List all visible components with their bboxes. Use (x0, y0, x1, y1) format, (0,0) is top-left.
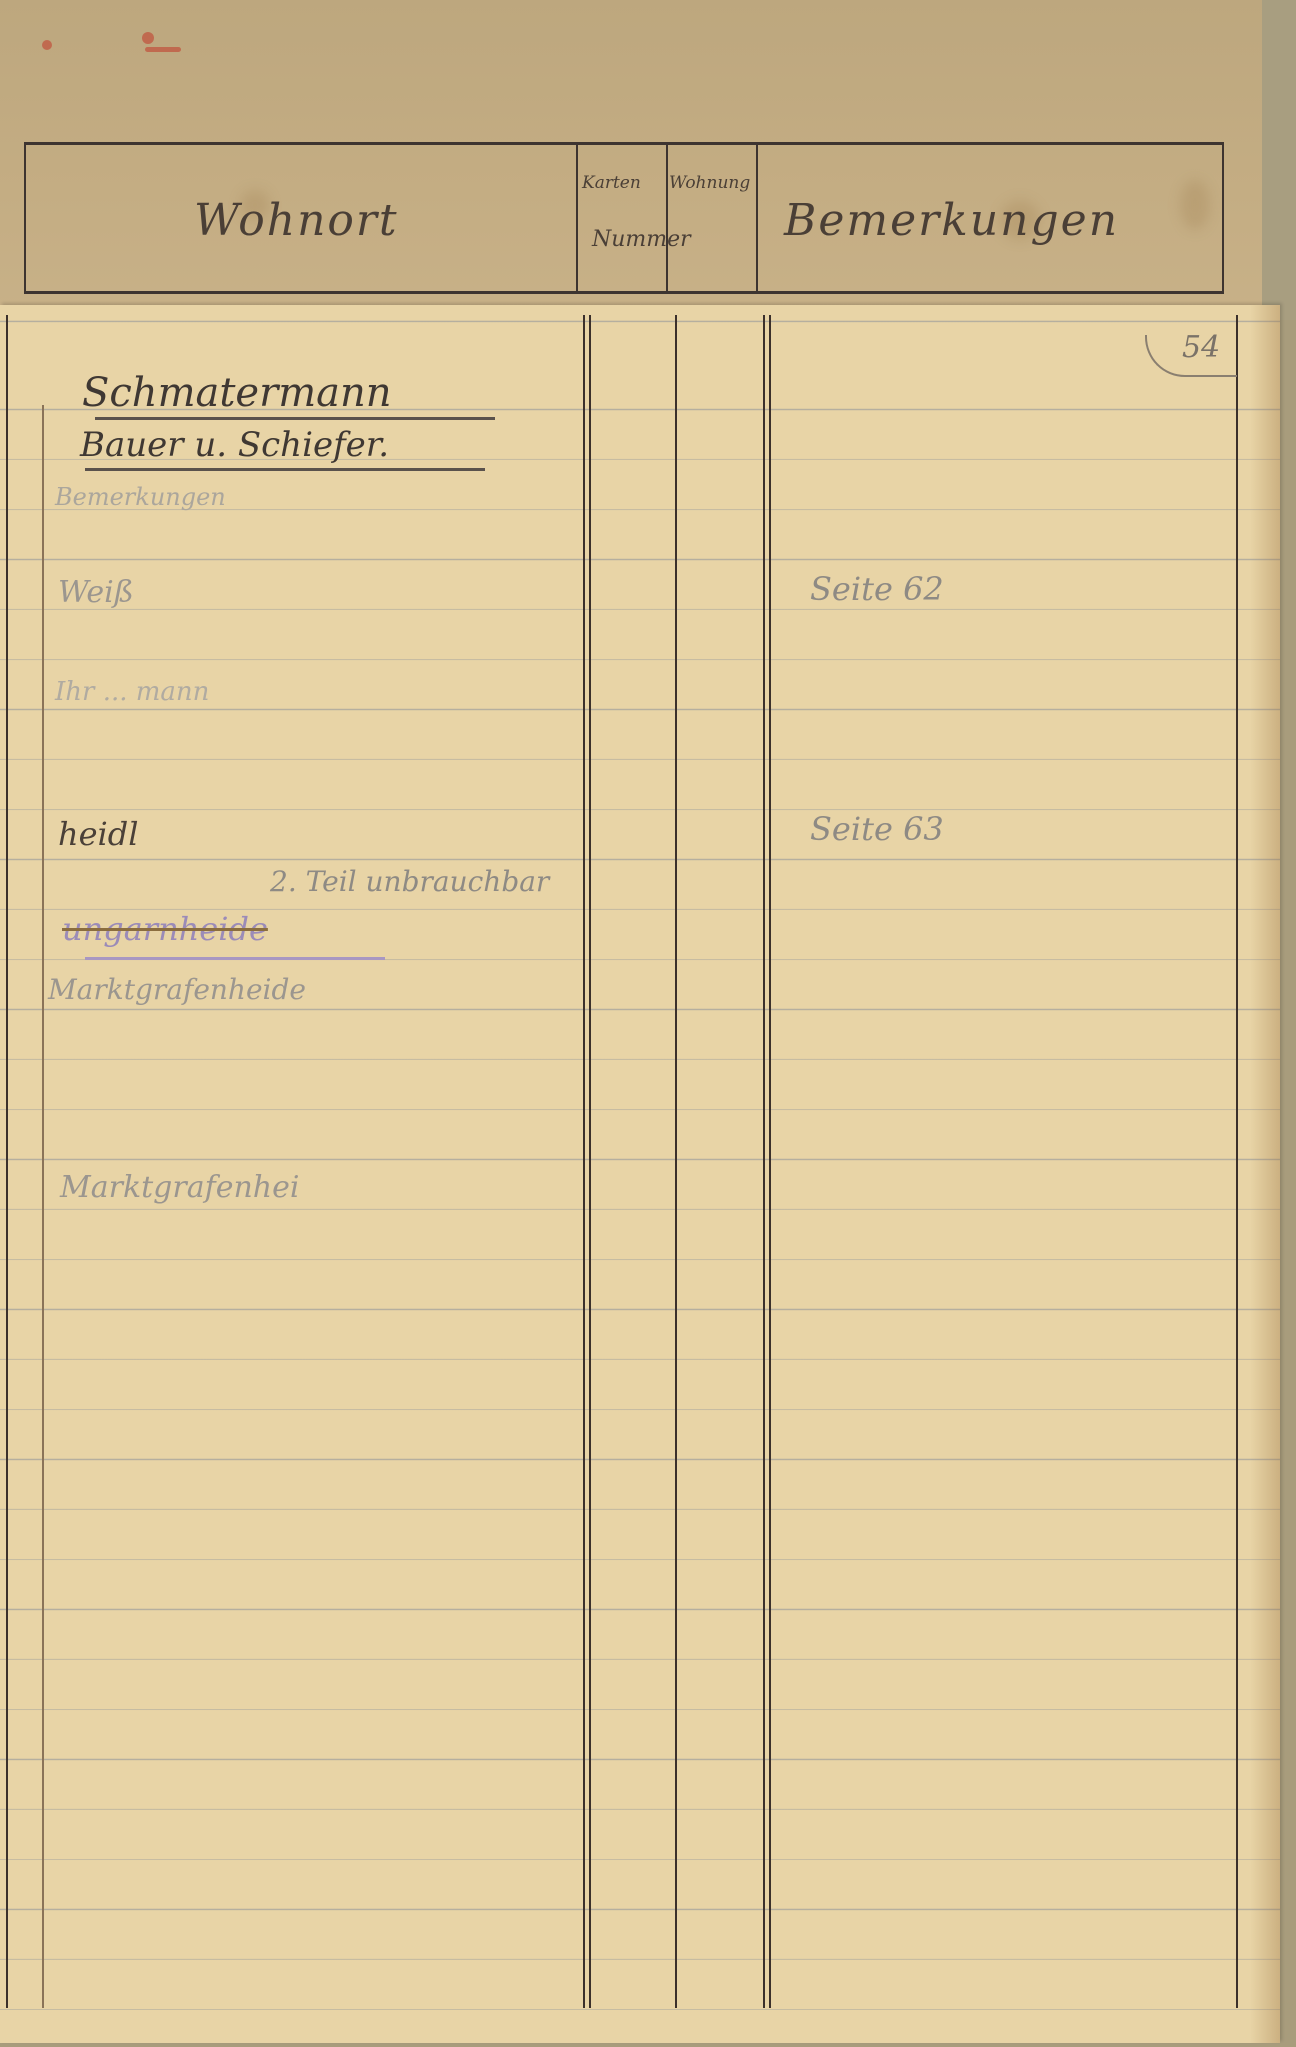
column-rule (589, 315, 591, 2008)
header-table: Wohnort Karten Wohnung Nummer Bemerkunge… (24, 142, 1224, 294)
red-stain (42, 40, 52, 50)
header-col-divider (1222, 145, 1224, 291)
header-col-divider (756, 145, 758, 291)
red-stain (142, 32, 154, 44)
header-nummer: Nummer (592, 227, 691, 252)
header-sheet: Wohnort Karten Wohnung Nummer Bemerkunge… (0, 0, 1262, 320)
column-rule (763, 315, 765, 2008)
violet-underline (85, 957, 385, 960)
column-rule (1236, 315, 1238, 2008)
entry-struck-ungarnheide: ungarnheide (62, 910, 268, 948)
entry-heidl: heidl (58, 815, 139, 853)
header-col-divider (576, 145, 578, 291)
header-bemerkungen: Bemerkungen (784, 195, 1119, 246)
entry-marktgrafenheide: Marktgrafenheide (48, 973, 306, 1006)
column-rule (583, 315, 585, 2008)
remark-seite-63: Seite 63 (810, 810, 944, 848)
header-wohnort: Wohnort (194, 195, 399, 246)
entry-faint-mann: Ihr ... mann (55, 677, 209, 707)
header-wohnung: Wohnung (669, 173, 750, 193)
column-rule (769, 315, 771, 2008)
remark-seite-62: Seite 62 (810, 570, 944, 608)
header-col-divider (666, 145, 668, 291)
margin-line (6, 315, 8, 2008)
entry-bauer: Bauer u. Schiefer. (80, 425, 389, 465)
cover-edge (1262, 0, 1296, 320)
entry-bemerkungen-faint: Bemerkungen (55, 483, 226, 511)
column-rule (675, 315, 677, 2008)
note-teil-unbrauchbar: 2. Teil unbrauchbar (270, 865, 549, 898)
page-number: 54 (1182, 330, 1220, 365)
underline (95, 417, 495, 420)
page-edge-shade (1250, 305, 1280, 2043)
red-stain (145, 47, 181, 52)
entry-weiss: Weiß (58, 575, 134, 610)
underline (85, 468, 485, 471)
ruled-page: 54 Schmatermann Bauer u. Schiefer. Bemer… (0, 305, 1280, 2043)
header-col-divider (24, 145, 26, 291)
pencil-margin-line (42, 405, 44, 2008)
header-karten: Karten (582, 173, 641, 193)
entry-schmatermann: Schmatermann (82, 370, 392, 416)
entry-marktgrafenhei: Marktgrafenhei (60, 1170, 299, 1205)
